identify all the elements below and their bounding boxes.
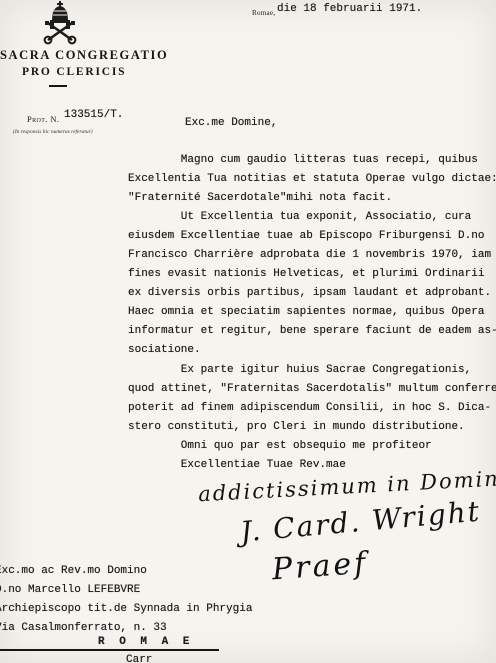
handwritten-signature: J. Card. Wright	[239, 495, 482, 549]
body-line: informatur et regitur, bene sperare faci…	[128, 322, 496, 341]
body-line: Ex parte igitur huius Sacrae Congregatio…	[128, 361, 496, 380]
body-line: Haec omnia et speciatim sapientes normae…	[128, 303, 496, 322]
body-line: eiusdem Excellentiae tuae ab Episcopo Fr…	[128, 227, 496, 246]
bottom-cutoff-fragment: Carr	[126, 654, 152, 663]
letter-body: Magno cum gaudio litteras tuas recepi, q…	[128, 151, 496, 475]
body-line: Omni quo par est obsequio me profiteor	[128, 437, 496, 456]
recipient-line: D.no Marcello LEFEBVRE	[0, 581, 252, 600]
protocol-note: (In responsis hic numerus referatur)	[13, 129, 93, 135]
body-line: poterit ad finem adipiscendum Consilii, …	[128, 399, 496, 418]
handwritten-title: Praef	[271, 546, 369, 588]
body-line: stero constituti, pro Cleri in mundo dis…	[128, 418, 496, 437]
recipient-city: R O M A E	[98, 636, 193, 648]
body-line: Ut Excellentia tua exponit, Associatio, …	[128, 208, 496, 227]
body-line: Excellentia Tua notitias et statuta Oper…	[128, 170, 496, 189]
protocol-label: Prot. N.	[27, 114, 59, 124]
body-line: quod attinet, "Fraternitas Sacerdotalis"…	[128, 380, 496, 399]
letterhead-congregation-subname: PRO CLERICIS	[22, 66, 126, 78]
salutation: Exc.me Domine,	[185, 117, 277, 129]
protocol-number: 133515/T.	[64, 109, 123, 121]
recipient-line: Archiepiscopo tit.de Synnada in Phrygia	[0, 600, 252, 619]
dateline-date: die 18 februarii 1971.	[277, 3, 422, 15]
recipient-underline	[0, 649, 219, 651]
recipient-line: Exc.mo ac Rev.mo Domino	[0, 562, 252, 581]
body-line: Francisco Charrière adprobata die 1 nove…	[128, 246, 496, 265]
body-line: fines evasit nationis Helveticas, et plu…	[128, 265, 496, 284]
letter-page: SACRA CONGREGATIO PRO CLERICIS Romae, di…	[0, 0, 496, 663]
body-line: Magno cum gaudio litteras tuas recepi, q…	[128, 151, 496, 170]
recipient-address: Exc.mo ac Rev.mo Domino D.no Marcello LE…	[0, 562, 252, 638]
dateline-place: Romae,	[252, 9, 275, 17]
papal-tiara-crossed-keys-icon	[38, 1, 82, 45]
body-line: ex diversis orbis partibus, ipsam laudan…	[128, 284, 496, 303]
letterhead-divider	[49, 85, 67, 87]
body-line: sociatione.	[128, 341, 496, 360]
letterhead-congregation-name: SACRA CONGREGATIO	[0, 48, 168, 63]
body-line: "Fraternité Sacerdotale"mihi nota facit.	[128, 189, 496, 208]
